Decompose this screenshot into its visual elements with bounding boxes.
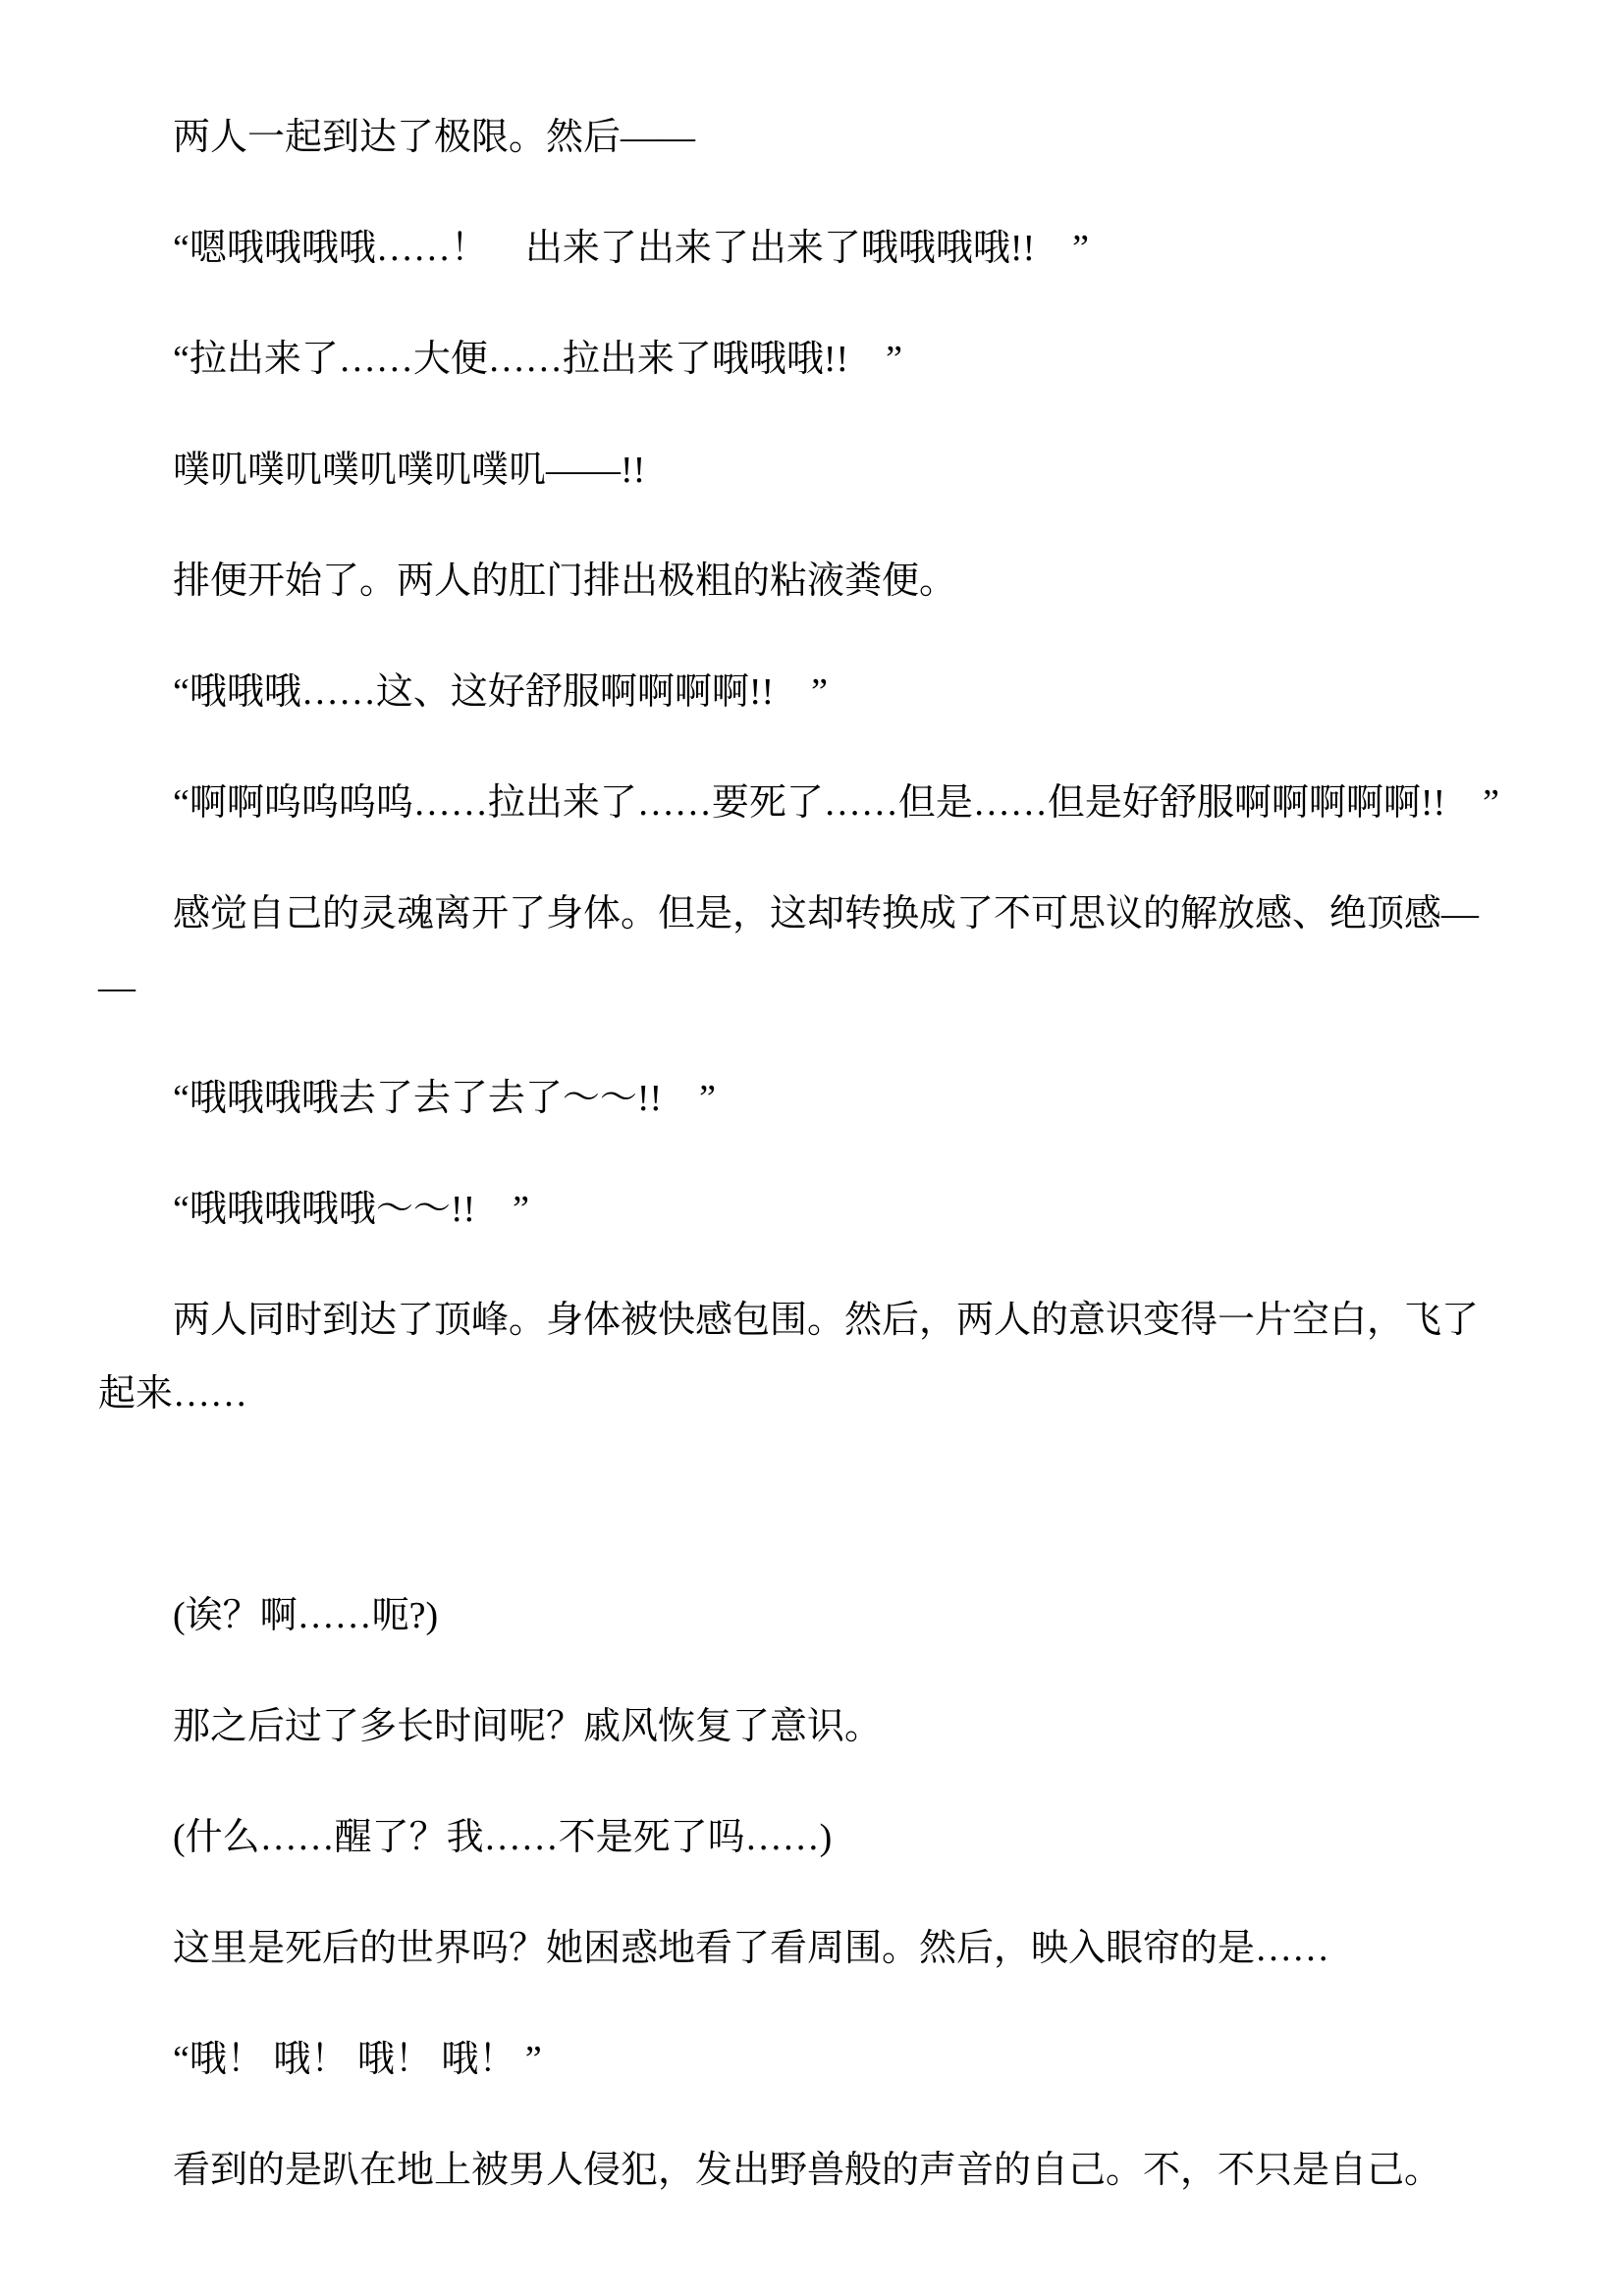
paragraph-line: (什么……醒了？我……不是死了吗……)	[98, 1801, 1526, 1875]
paragraph-line: 两人一起到达了极限。然后——	[98, 101, 1526, 175]
paragraph-line: “哦哦哦哦去了去了去了～～!! ”	[98, 1062, 1526, 1136]
paragraph-line: 这里是死后的世界吗？她困惑地看了看周围。然后，映入眼帘的是……	[98, 1912, 1526, 1986]
paragraph-line: 排便开始了。两人的肛门排出极粗的粘液粪便。	[98, 545, 1526, 618]
document-page: 两人一起到达了极限。然后—— “嗯哦哦哦哦……！ 出来了出来了出来了哦哦哦哦!!…	[0, 0, 1624, 2296]
paragraph-line: “哦哦哦……这、这好舒服啊啊啊啊!! ”	[98, 656, 1526, 729]
paragraph-line: 噗叽噗叽噗叽噗叽噗叽——!!	[98, 434, 1526, 507]
paragraph-line: (诶？啊……呃?)	[98, 1579, 1526, 1653]
paragraph-line: 感觉自己的灵魂离开了身体。但是，这却转换成了不可思议的解放感、绝顶感—	[98, 878, 1526, 951]
paragraph-line: “哦！ 哦！ 哦！ 哦！ ”	[98, 2023, 1526, 2097]
paragraph-line: “啊啊呜呜呜呜……拉出来了……要死了……但是……但是好舒服啊啊啊啊啊!! ”	[98, 767, 1526, 840]
paragraph-line: 两人同时到达了顶峰。身体被快感包围。然后，两人的意识变得一片空白，飞了	[98, 1284, 1526, 1358]
paragraph-line: 看到的是趴在地上被男人侵犯，发出野兽般的声音的自己。不，不只是自己。	[98, 2134, 1526, 2208]
paragraph-line: “拉出来了……大便……拉出来了哦哦哦!! ”	[98, 323, 1526, 397]
blank-line	[98, 1468, 1526, 1542]
paragraph-line: “哦哦哦哦哦～～!! ”	[98, 1173, 1526, 1247]
paragraph-line: “嗯哦哦哦哦……！ 出来了出来了出来了哦哦哦哦!! ”	[98, 212, 1526, 286]
paragraph-continuation-line: 起来……	[98, 1358, 1526, 1431]
paragraph-continuation-line: —	[98, 951, 1526, 1025]
paragraph-line: 那之后过了多长时间呢？戚风恢复了意识。	[98, 1690, 1526, 1764]
